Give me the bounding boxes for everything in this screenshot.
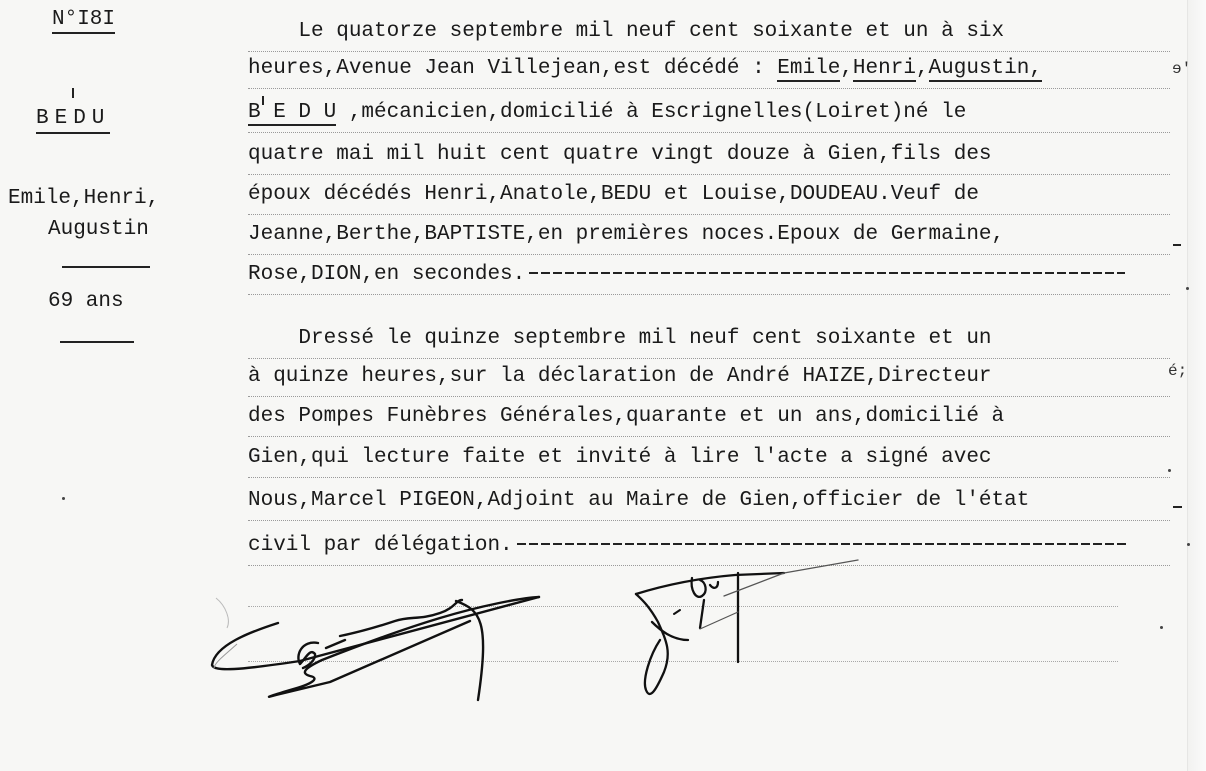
signatures — [0, 0, 1206, 771]
faint-stroke — [216, 598, 228, 628]
civil-death-record-page: N°I8I BEDU Emile,Henri, Augustin 69 ans … — [0, 0, 1206, 771]
signature-declarant — [212, 597, 539, 700]
signature-officer — [636, 560, 858, 694]
